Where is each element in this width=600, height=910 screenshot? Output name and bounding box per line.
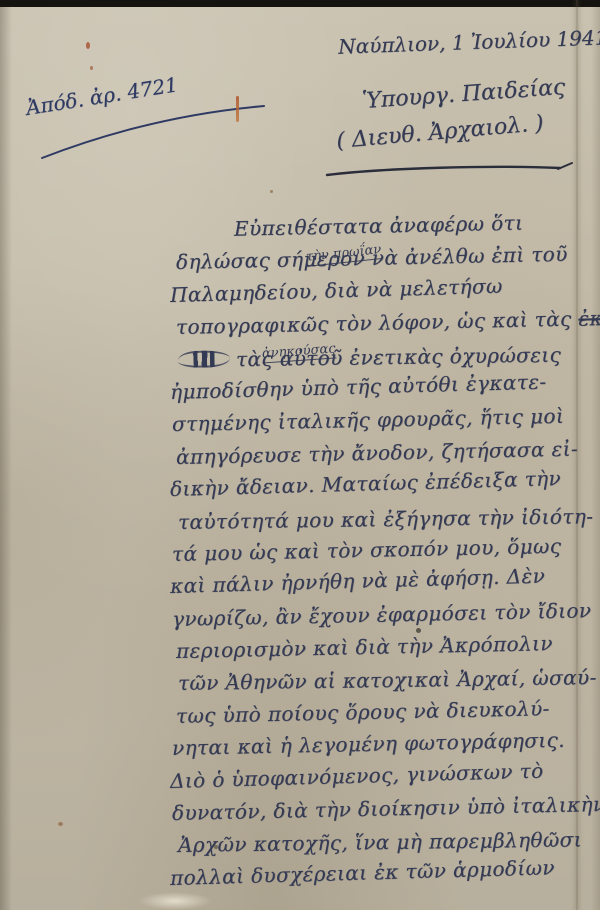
letter-page: Ναύπλιον, 1 Ἰουλίου 1941 Ἀπόδ. ἀρ. 4721 … [0,0,600,910]
place-date-line: Ναύπλιον, 1 Ἰουλίου 1941 [338,25,600,58]
foxing-spot [214,845,218,849]
struck-word: ἐκ [578,306,600,331]
foxing-spot [58,822,63,826]
addressee-name: Ὑπουργ. Παιδείας [361,75,566,114]
crossed-out-word [178,350,230,368]
addressee-title: ( Διευθ. Ἀρχαιολ. ) [335,111,544,154]
paper-stain [138,892,212,910]
scan-edge-top [0,0,600,7]
foxing-spot [416,628,421,633]
rust-streak [236,96,239,122]
foxing-spot [86,42,90,49]
foxing-spot [90,66,93,70]
foxing-spot [270,190,273,193]
letter-body: Εὐπειθέστατα ἀναφέρω ὅτι δηλώσας σήμερον… [172,214,596,894]
signature-underline [324,160,582,182]
